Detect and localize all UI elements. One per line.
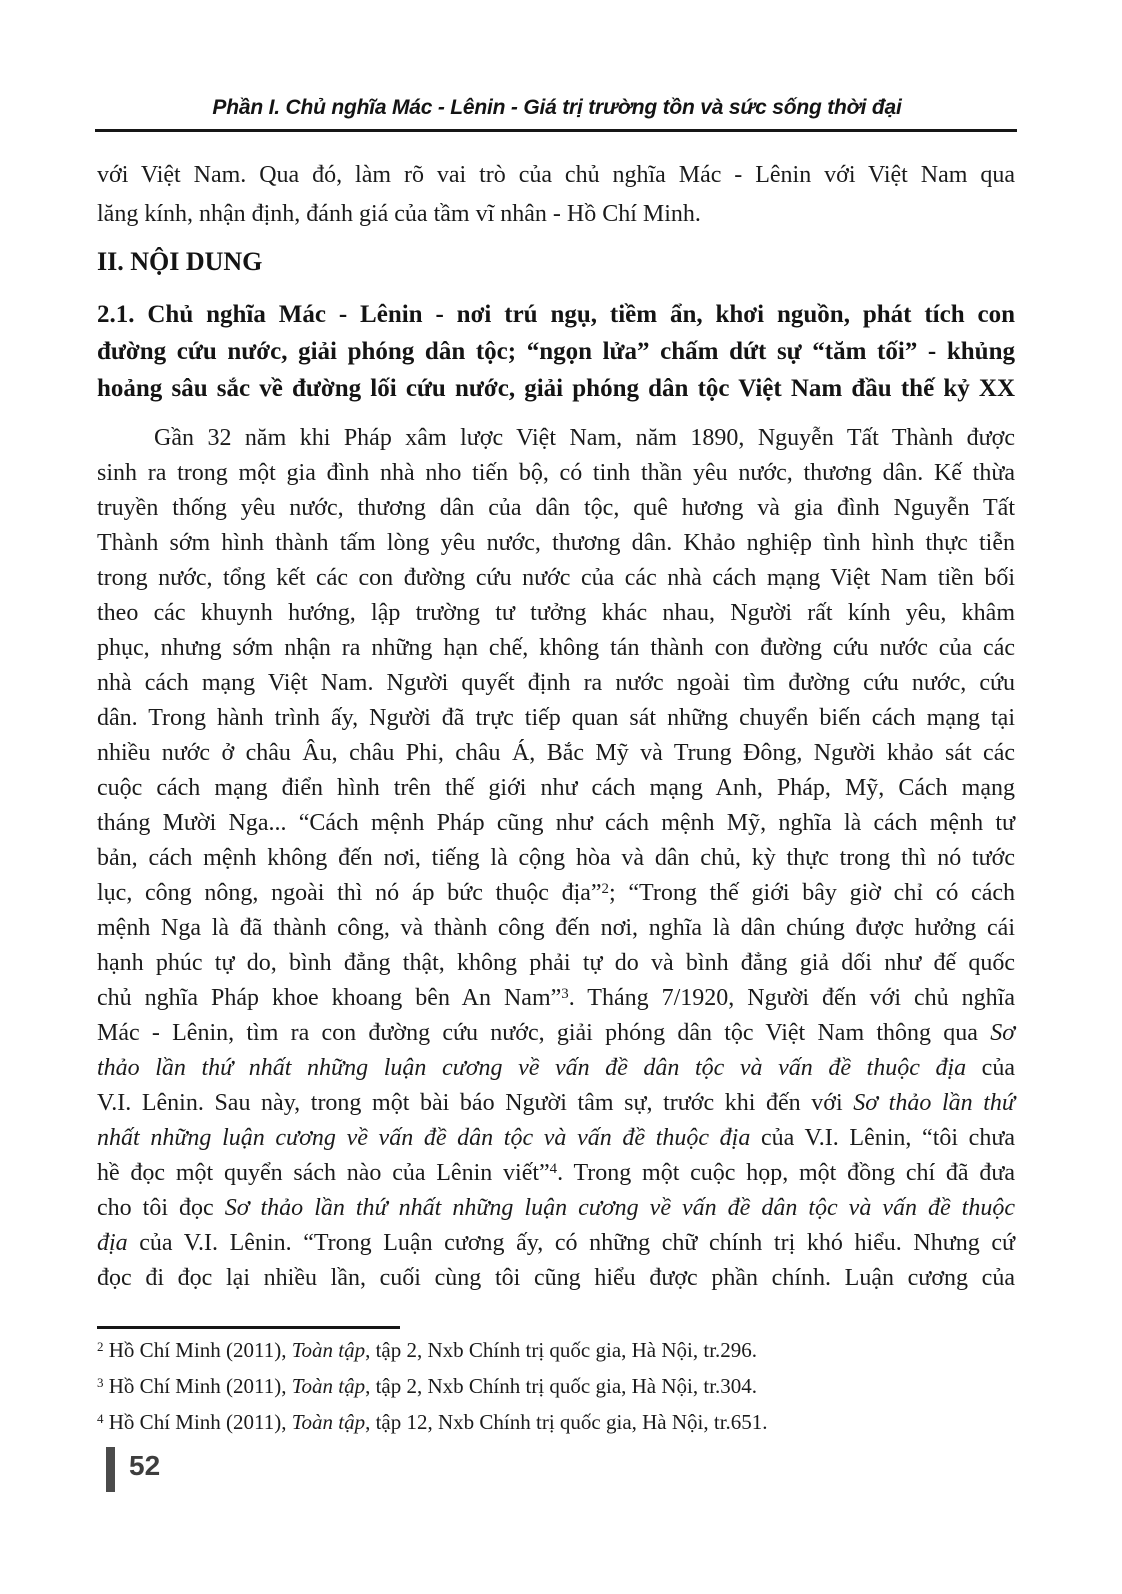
- text-line: đọc đi đọc lại nhiều lần, cuối cùng tôi …: [97, 1261, 1015, 1296]
- text-line: nhà cách mạng Việt Nam. Người quyết định…: [97, 666, 1015, 701]
- section-heading: II. NỘI DUNG: [97, 247, 1015, 277]
- text-line: hạnh phúc tự do, bình đẳng thật, không p…: [97, 946, 1015, 981]
- running-header: Phần I. Chủ nghĩa Mác - Lênin - Giá trị …: [97, 96, 1017, 120]
- header-rule: [95, 129, 1017, 132]
- text-line: địa của V.I. Lênin. “Trong Luận cương ấy…: [97, 1226, 1015, 1261]
- text-line: cuộc cách mạng điển hình trên thế giới n…: [97, 771, 1015, 806]
- text-line: V.I. Lênin. Sau này, trong một bài báo N…: [97, 1086, 1015, 1121]
- footnotes: 2 Hồ Chí Minh (2011), Toàn tập, tập 2, N…: [97, 1332, 1015, 1440]
- text-line: mệnh Nga là đã thành công, và thành công…: [97, 911, 1015, 946]
- text-line: Thành sớm hình thành tấm lòng yêu nước, …: [97, 526, 1015, 561]
- document-page: { "colors": { "background": "#ffffff", "…: [0, 0, 1122, 1594]
- footnote-marker: 2: [602, 881, 609, 897]
- text-line: 2 Hồ Chí Minh (2011), Toàn tập, tập 2, N…: [97, 1332, 1015, 1368]
- footnote-marker: 4: [97, 1411, 104, 1426]
- text-line: trong nước, tổng kết các con đường cứu n…: [97, 561, 1015, 596]
- footnote-marker: 4: [550, 1161, 557, 1177]
- text-line: chủ nghĩa Pháp khoe khoang bên An Nam”3.…: [97, 981, 1015, 1016]
- text-line: hề đọc một quyển sách nào của Lênin viết…: [97, 1156, 1015, 1191]
- footnote-marker: 3: [97, 1375, 104, 1390]
- text-line: 3 Hồ Chí Minh (2011), Toàn tập, tập 2, N…: [97, 1368, 1015, 1404]
- text-line: 4 Hồ Chí Minh (2011), Toàn tập, tập 12, …: [97, 1404, 1015, 1440]
- page-number: 52: [129, 1450, 160, 1482]
- footnote-rule: [97, 1326, 400, 1329]
- text-line: 2.1. Chủ nghĩa Mác - Lênin - nơi trú ngụ…: [97, 296, 1015, 333]
- text-line: với Việt Nam. Qua đó, làm rõ vai trò của…: [97, 156, 1015, 195]
- text-line: nhất những luận cương về vấn đề dân tộc …: [97, 1121, 1015, 1156]
- footnote-marker: 2: [97, 1339, 104, 1354]
- text-line: Mác - Lênin, tìm ra con đường cứu nước, …: [97, 1016, 1015, 1051]
- text-line: thảo lần thứ nhất những luận cương về vấ…: [97, 1051, 1015, 1086]
- intro-paragraph: với Việt Nam. Qua đó, làm rõ vai trò của…: [97, 156, 1015, 234]
- text-line: cho tôi đọc Sơ thảo lần thứ nhất những l…: [97, 1191, 1015, 1226]
- footnote-marker: 3: [561, 986, 568, 1002]
- text-line: tháng Mười Nga... “Cách mệnh Pháp cũng n…: [97, 806, 1015, 841]
- text-line: dân. Trong hành trình ấy, Người đã trực …: [97, 701, 1015, 736]
- text-line: đường cứu nước, giải phóng dân tộc; “ngọ…: [97, 333, 1015, 370]
- text-line: Gần 32 năm khi Pháp xâm lược Việt Nam, n…: [97, 421, 1015, 456]
- page-number-bar: [106, 1447, 115, 1492]
- body-paragraph: Gần 32 năm khi Pháp xâm lược Việt Nam, n…: [97, 421, 1015, 1296]
- text-line: lăng kính, nhận định, đánh giá của tầm v…: [97, 195, 1015, 234]
- text-line: hoảng sâu sắc về đường lối cứu nước, giả…: [97, 370, 1015, 407]
- text-line: theo các khuynh hướng, lập trường tư tưở…: [97, 596, 1015, 631]
- text-line: phục, nhưng sớm nhận ra những hạn chế, k…: [97, 631, 1015, 666]
- subsection-heading: 2.1. Chủ nghĩa Mác - Lênin - nơi trú ngụ…: [97, 296, 1015, 407]
- text-line: lục, công nông, ngoài thì nó áp bức thuộ…: [97, 876, 1015, 911]
- text-line: nhiều nước ở châu Âu, châu Phi, châu Á, …: [97, 736, 1015, 771]
- text-line: sinh ra trong một gia đình nhà nho tiến …: [97, 456, 1015, 491]
- text-line: truyền thống yêu nước, thương dân của dâ…: [97, 491, 1015, 526]
- text-line: bản, cách mệnh không đến nơi, tiếng là c…: [97, 841, 1015, 876]
